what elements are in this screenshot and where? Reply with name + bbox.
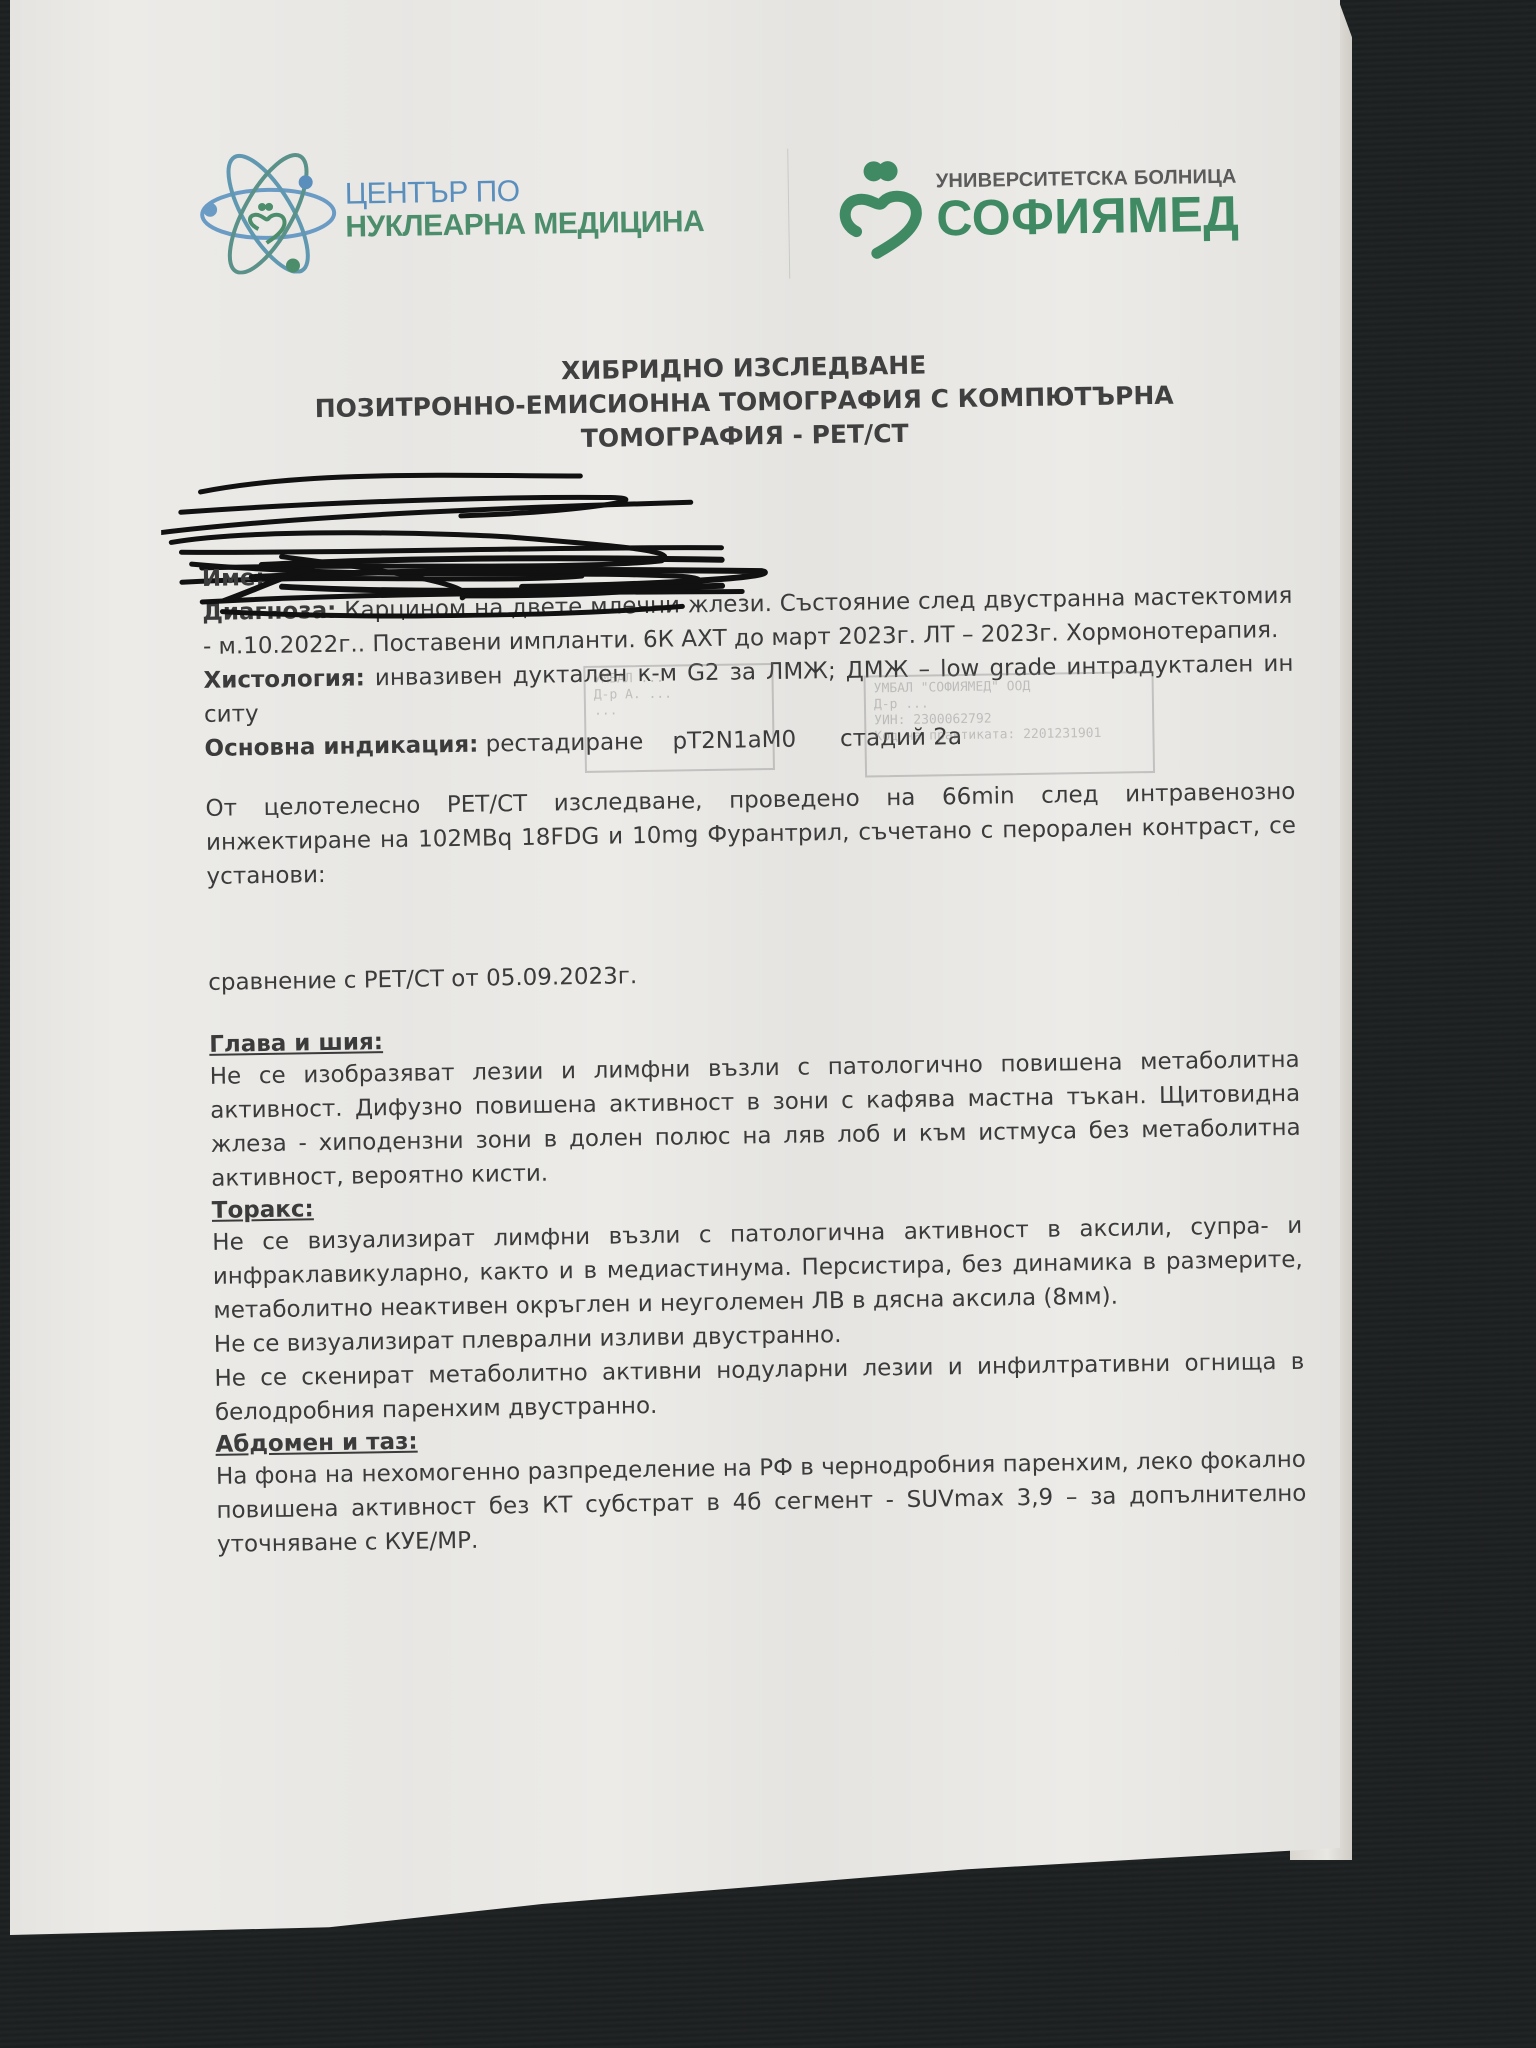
atom-heart-icon bbox=[195, 148, 342, 275]
letterhead: ЦЕНТЪР ПО НУКЛЕАРНА МЕДИЦИНА УНИВЕРСИТЕТ… bbox=[195, 123, 1287, 305]
heart-mark-icon bbox=[835, 158, 929, 259]
report-title: ХИБРИДНО ИЗСЛЕДВАНЕ ПОЗИТРОННО-ЕМИСИОННА… bbox=[198, 343, 1289, 462]
logo-right-line2: СОФИЯМЕД bbox=[936, 188, 1240, 245]
redaction-scribble bbox=[200, 455, 1291, 562]
stamp-right: УМБАЛ "СОФИЯМЕД" ООДД-р ...УИН: 23000627… bbox=[863, 671, 1155, 778]
histology-label: Хистология: bbox=[203, 665, 365, 694]
section-abdomen-text: На фона на нехомогенно разпределение на … bbox=[216, 1443, 1307, 1562]
medical-report: ЦЕНТЪР ПО НУКЛЕАРНА МЕДИЦИНА УНИВЕРСИТЕТ… bbox=[195, 123, 1307, 1562]
section-thorax-text-1: Не се визуализират лимфни възли с патоло… bbox=[212, 1209, 1303, 1328]
logo-left-line2: НУКЛЕАРНА МЕДИЦИНА bbox=[345, 205, 704, 244]
stamp-line: Код на практиката: 2201231901 bbox=[874, 725, 1144, 745]
stamp-left: УМБАЛ ...Д-р А. ...... bbox=[583, 663, 775, 773]
logo-divider bbox=[787, 149, 790, 279]
logo-left-line1: ЦЕНТЪР ПО bbox=[345, 172, 704, 211]
stamp-line: ... bbox=[594, 701, 764, 720]
nuclear-medicine-logo: ЦЕНТЪР ПО НУКЛЕАРНА МЕДИЦИНА bbox=[195, 142, 705, 275]
indication-label: Основна индикация: bbox=[204, 732, 478, 762]
sofiamed-logo: УНИВЕРСИТЕТСКА БОЛНИЦА СОФИЯМЕД bbox=[835, 154, 1239, 260]
name-redaction bbox=[222, 549, 783, 602]
section-head-neck-text: Не се изобразяват лезии и лимфни възли с… bbox=[209, 1043, 1301, 1196]
intro-paragraph: От целотелесно PET/CT изследване, провед… bbox=[205, 775, 1296, 894]
